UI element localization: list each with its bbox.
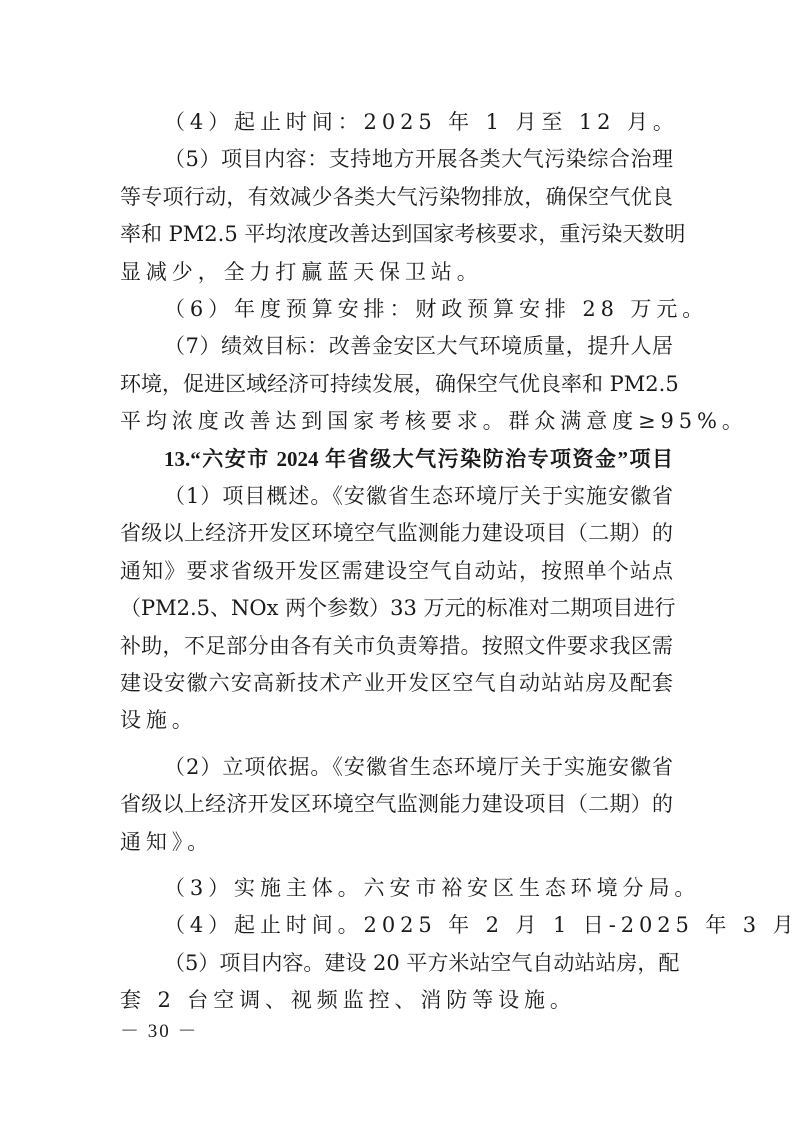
paragraph-line: 平均浓度改善达到国家考核要求。群众满意度≥95%。 (120, 403, 748, 440)
paragraph-line: 环境，促进区域经济可持续发展，确保空气优良率和 PM2.5 (120, 366, 673, 403)
paragraph-line: （5）项目内容。建设 20 平方米站空气自动站站房，配 (164, 945, 673, 982)
paragraph-line: （4）起止时间：2025 年 1 月至 12 月。 (164, 104, 679, 141)
paragraph-line: 设施。 (120, 702, 198, 739)
paragraph-line: （PM2.5、NOx 两个参数）33 万元的标准对二期项目进行 (120, 590, 673, 627)
page-number: － 30 － (120, 1016, 199, 1043)
paragraph-line: （2）立项依据。《安徽省生态环境厅关于实施安徽省 (164, 749, 673, 786)
paragraph-line: （3）实施主体。六安市裕安区生态环境分局。 (164, 870, 700, 907)
paragraph-line: （1）项目概述。《安徽省生态环境厅关于实施安徽省 (164, 478, 673, 515)
paragraph-line: 通知》。 (120, 824, 213, 861)
paragraph-line: 等专项行动，有效减少各类大气污染物排放，确保空气优良 (120, 179, 673, 216)
section-heading: 13.“六安市 2024 年省级大气污染防治专项资金”项目 (164, 441, 673, 478)
paragraph-line: 率和 PM2.5 平均浓度改善达到国家考核要求，重污染天数明 (120, 216, 673, 253)
paragraph-line: （4）起止时间。2025 年 2 月 1 日-2025 年 3 月 1 日。 (164, 907, 793, 944)
paragraph-line: 省级以上经济开发区环境空气监测能力建设项目（二期）的 (120, 515, 673, 552)
paragraph-line: （5）项目内容：支持地方开展各类大气污染综合治理 (164, 141, 673, 178)
paragraph-line: （6）年度预算安排：财政预算安排 28 万元。 (164, 291, 708, 328)
paragraph-line: 建设安徽六安高新技术产业开发区空气自动站站房及配套 (120, 665, 673, 702)
paragraph-line: 显减少，全力打赢蓝天保卫站。 (120, 254, 483, 291)
paragraph-line: 通知》要求省级开发区需建设空气自动站，按照单个站点 (120, 553, 673, 590)
paragraph-line: 套 2 台空调、视频监控、消防等设施。 (120, 982, 576, 1019)
paragraph-line: 补助，不足部分由各有关市负责筹措。按照文件要求我区需 (120, 628, 673, 665)
paragraph-line: （7）绩效目标：改善金安区大气环境质量，提升人居 (164, 328, 673, 365)
paragraph-line: 省级以上经济开发区环境空气监测能力建设项目（二期）的 (120, 786, 673, 823)
